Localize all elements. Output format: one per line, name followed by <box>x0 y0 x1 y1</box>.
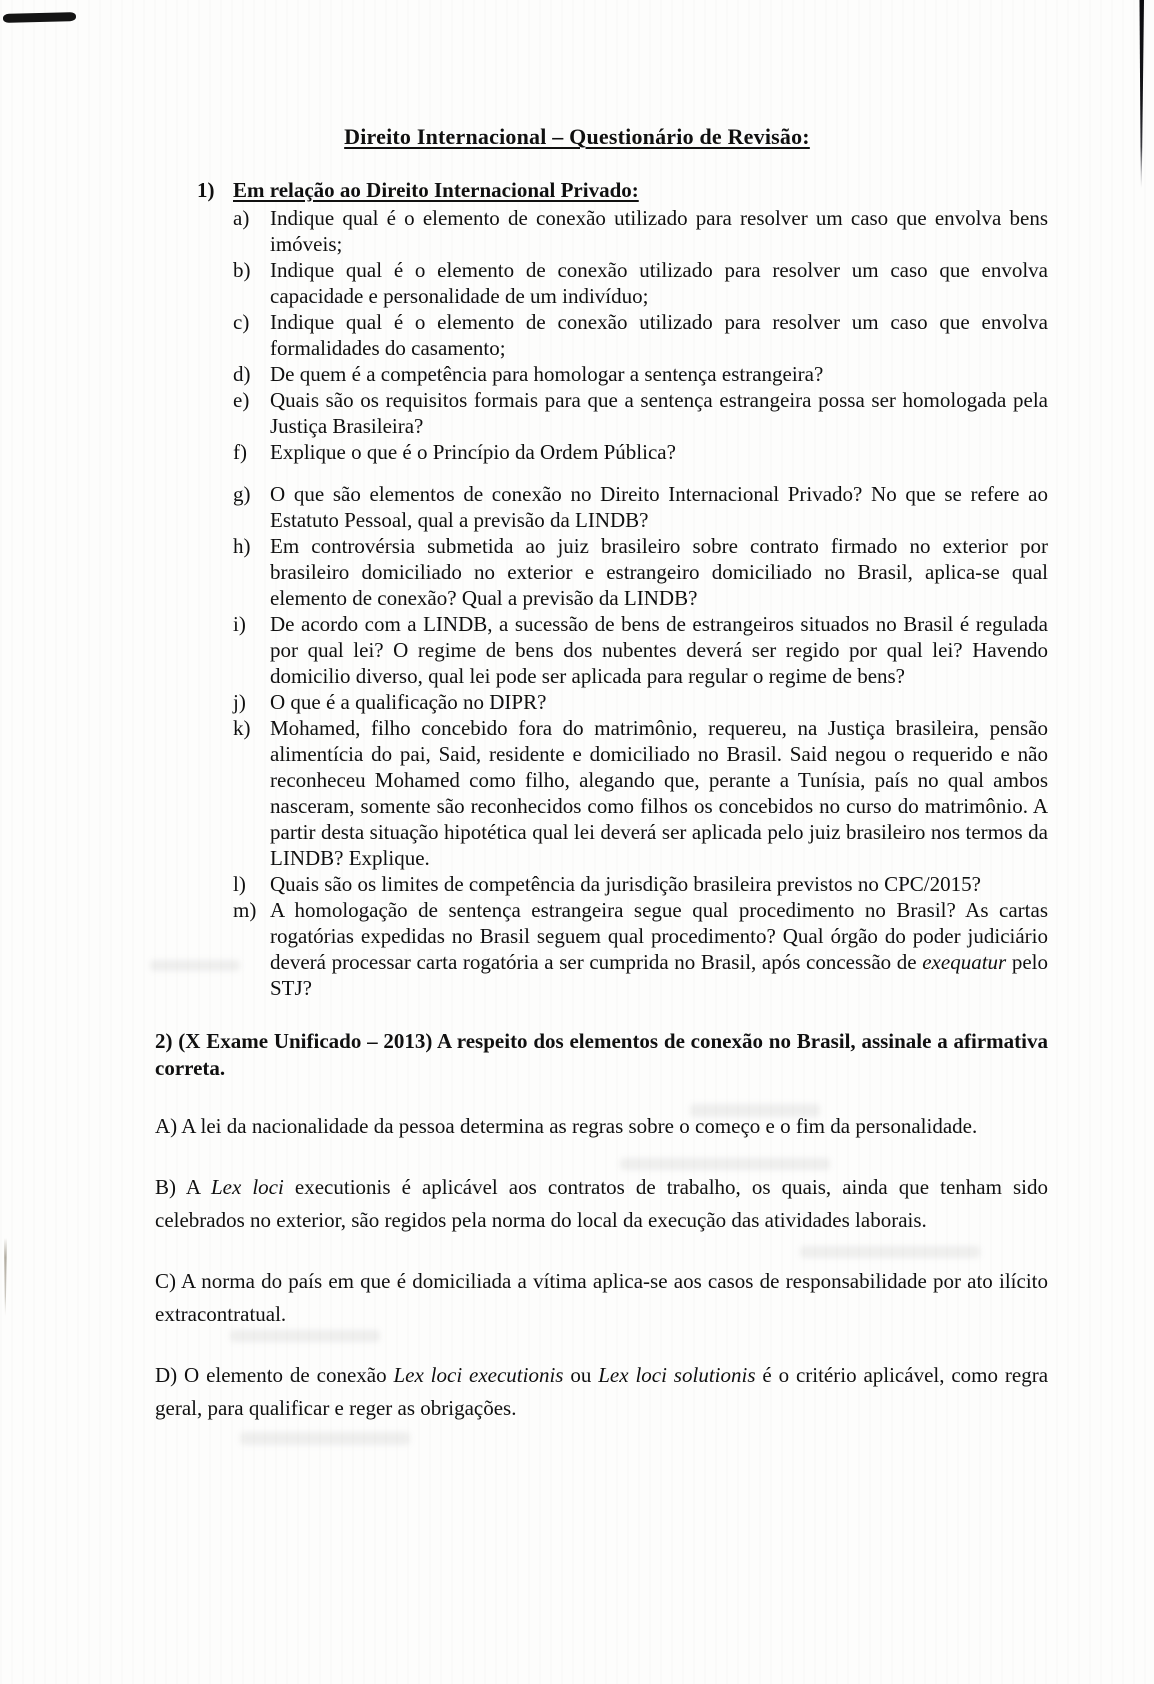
item-label: h) <box>233 533 270 611</box>
text-segment: De quem é a competência para homologar a… <box>270 362 823 386</box>
item-label: d) <box>233 361 270 387</box>
question-1-heading: Em relação ao Direito Internacional Priv… <box>233 178 639 202</box>
question-1-item-d: d)De quem é a competência para homologar… <box>233 361 1048 387</box>
option-label: C) <box>155 1269 176 1293</box>
text-segment: O que são elementos de conexão no Direit… <box>270 482 1048 532</box>
bleed-through-artifact <box>800 1246 980 1258</box>
question-1-item-i: i)De acordo com a LINDB, a sucessão de b… <box>233 611 1048 689</box>
option-label: D) <box>155 1363 177 1387</box>
question-1-item-e: e)Quais são os requisitos formais para q… <box>233 387 1048 439</box>
item-text: Indique qual é o elemento de conexão uti… <box>270 309 1048 361</box>
item-text: Indique qual é o elemento de conexão uti… <box>270 257 1048 309</box>
item-label: l) <box>233 871 270 897</box>
text-segment: Quais são os requisitos formais para que… <box>270 388 1048 438</box>
question-1-number: 1) <box>197 177 233 203</box>
item-label: a) <box>233 205 270 257</box>
item-label: f) <box>233 439 270 465</box>
text-segment: De acordo com a LINDB, a sucessão de ben… <box>270 612 1048 688</box>
question-2-option-C: C) A norma do país em que é domiciliada … <box>155 1265 1048 1331</box>
bleed-through-artifact <box>230 1330 380 1342</box>
text-segment: O elemento de conexão <box>184 1363 393 1387</box>
item-text: O que é a qualificação no DIPR? <box>270 689 1048 715</box>
text-segment: O que é a qualificação no DIPR? <box>270 690 546 714</box>
item-label: i) <box>233 611 270 689</box>
text-segment: A lei da nacionalidade da pessoa determi… <box>181 1114 977 1138</box>
question-2-options: A) A lei da nacionalidade da pessoa dete… <box>155 1110 1048 1425</box>
text-segment: executionis é aplicável aos contratos de… <box>155 1175 1048 1232</box>
question-1-items: a)Indique qual é o elemento de conexão u… <box>0 205 1154 1001</box>
question-1-item-l: l)Quais são os limites de competência da… <box>233 871 1048 897</box>
italic-text-segment: Lex loci solutionis <box>598 1363 755 1387</box>
question-1-item-j: j)O que é a qualificação no DIPR? <box>233 689 1048 715</box>
question-1-item-m: m)A homologação de sentença estrangeira … <box>233 897 1048 1001</box>
text-segment: Explique o que é o Princípio da Ordem Pú… <box>270 440 676 464</box>
item-label: g) <box>233 481 270 533</box>
item-text: De acordo com a LINDB, a sucessão de ben… <box>270 611 1048 689</box>
question-1-item-k: k)Mohamed, filho concebido fora do matri… <box>233 715 1048 871</box>
item-text: Em controvérsia submetida ao juiz brasil… <box>270 533 1048 611</box>
item-label: b) <box>233 257 270 309</box>
question-1-section: 1)Em relação ao Direito Internacional Pr… <box>0 177 1154 1001</box>
bleed-through-artifact <box>240 1432 410 1445</box>
question-2-heading: 2) (X Exame Unificado – 2013) A respeito… <box>155 1028 1048 1082</box>
item-label: j) <box>233 689 270 715</box>
item-text: Quais são os limites de competência da j… <box>270 871 1048 897</box>
item-text: O que são elementos de conexão no Direit… <box>270 481 1048 533</box>
scanned-document-page: Direito Internacional – Questionário de … <box>0 0 1154 1684</box>
item-text: Explique o que é o Princípio da Ordem Pú… <box>270 439 1048 465</box>
item-text: Indique qual é o elemento de conexão uti… <box>270 205 1048 257</box>
question-1-item-g: g)O que são elementos de conexão no Dire… <box>233 481 1048 533</box>
item-label: m) <box>233 897 270 1001</box>
text-segment: Mohamed, filho concebido fora do matrimô… <box>270 716 1048 870</box>
question-2-section: 2) (X Exame Unificado – 2013) A respeito… <box>155 1028 1048 1425</box>
question-2-option-D: D) O elemento de conexão Lex loci execut… <box>155 1359 1048 1425</box>
item-text: A homologação de sentença estrangeira se… <box>270 897 1048 1001</box>
option-label: B) <box>155 1175 176 1199</box>
question-2-option-A: A) A lei da nacionalidade da pessoa dete… <box>155 1110 1048 1143</box>
item-text: De quem é a competência para homologar a… <box>270 361 1048 387</box>
bleed-through-artifact <box>690 1104 820 1117</box>
italic-text-segment: Lex loci executionis <box>393 1363 563 1387</box>
question-1-item-c: c)Indique qual é o elemento de conexão u… <box>233 309 1048 361</box>
scan-mark-top-left <box>3 12 76 23</box>
document-title-text: Direito Internacional – Questionário de … <box>344 124 810 149</box>
document-title: Direito Internacional – Questionário de … <box>0 0 1154 150</box>
italic-text-segment: exequatur <box>922 950 1006 974</box>
text-segment: A <box>186 1175 211 1199</box>
italic-text-segment: Lex loci <box>211 1175 284 1199</box>
item-text: Mohamed, filho concebido fora do matrimô… <box>270 715 1048 871</box>
question-1-item-h: h)Em controvérsia submetida ao juiz bras… <box>233 533 1048 611</box>
item-label: k) <box>233 715 270 871</box>
option-label: A) <box>155 1114 177 1138</box>
text-segment: Quais são os limites de competência da j… <box>270 872 981 896</box>
scan-line-left-edge <box>4 1238 7 1316</box>
bleed-through-artifact <box>150 960 240 971</box>
item-label: e) <box>233 387 270 439</box>
bleed-through-artifact <box>620 1158 830 1170</box>
text-segment: Indique qual é o elemento de conexão uti… <box>270 258 1048 308</box>
question-1-item-b: b)Indique qual é o elemento de conexão u… <box>233 257 1048 309</box>
question-2-option-B: B) A Lex loci executionis é aplicável ao… <box>155 1171 1048 1237</box>
text-segment: ou <box>564 1363 599 1387</box>
item-label: c) <box>233 309 270 361</box>
question-1-heading-row: 1)Em relação ao Direito Internacional Pr… <box>197 177 1154 203</box>
text-segment: Em controvérsia submetida ao juiz brasil… <box>270 534 1048 610</box>
text-segment: A norma do país em que é domiciliada a v… <box>155 1269 1048 1326</box>
text-segment: Indique qual é o elemento de conexão uti… <box>270 206 1048 256</box>
question-1-item-a: a)Indique qual é o elemento de conexão u… <box>233 205 1048 257</box>
item-text: Quais são os requisitos formais para que… <box>270 387 1048 439</box>
text-segment: Indique qual é o elemento de conexão uti… <box>270 310 1048 360</box>
question-1-item-f: f)Explique o que é o Princípio da Ordem … <box>233 439 1048 465</box>
